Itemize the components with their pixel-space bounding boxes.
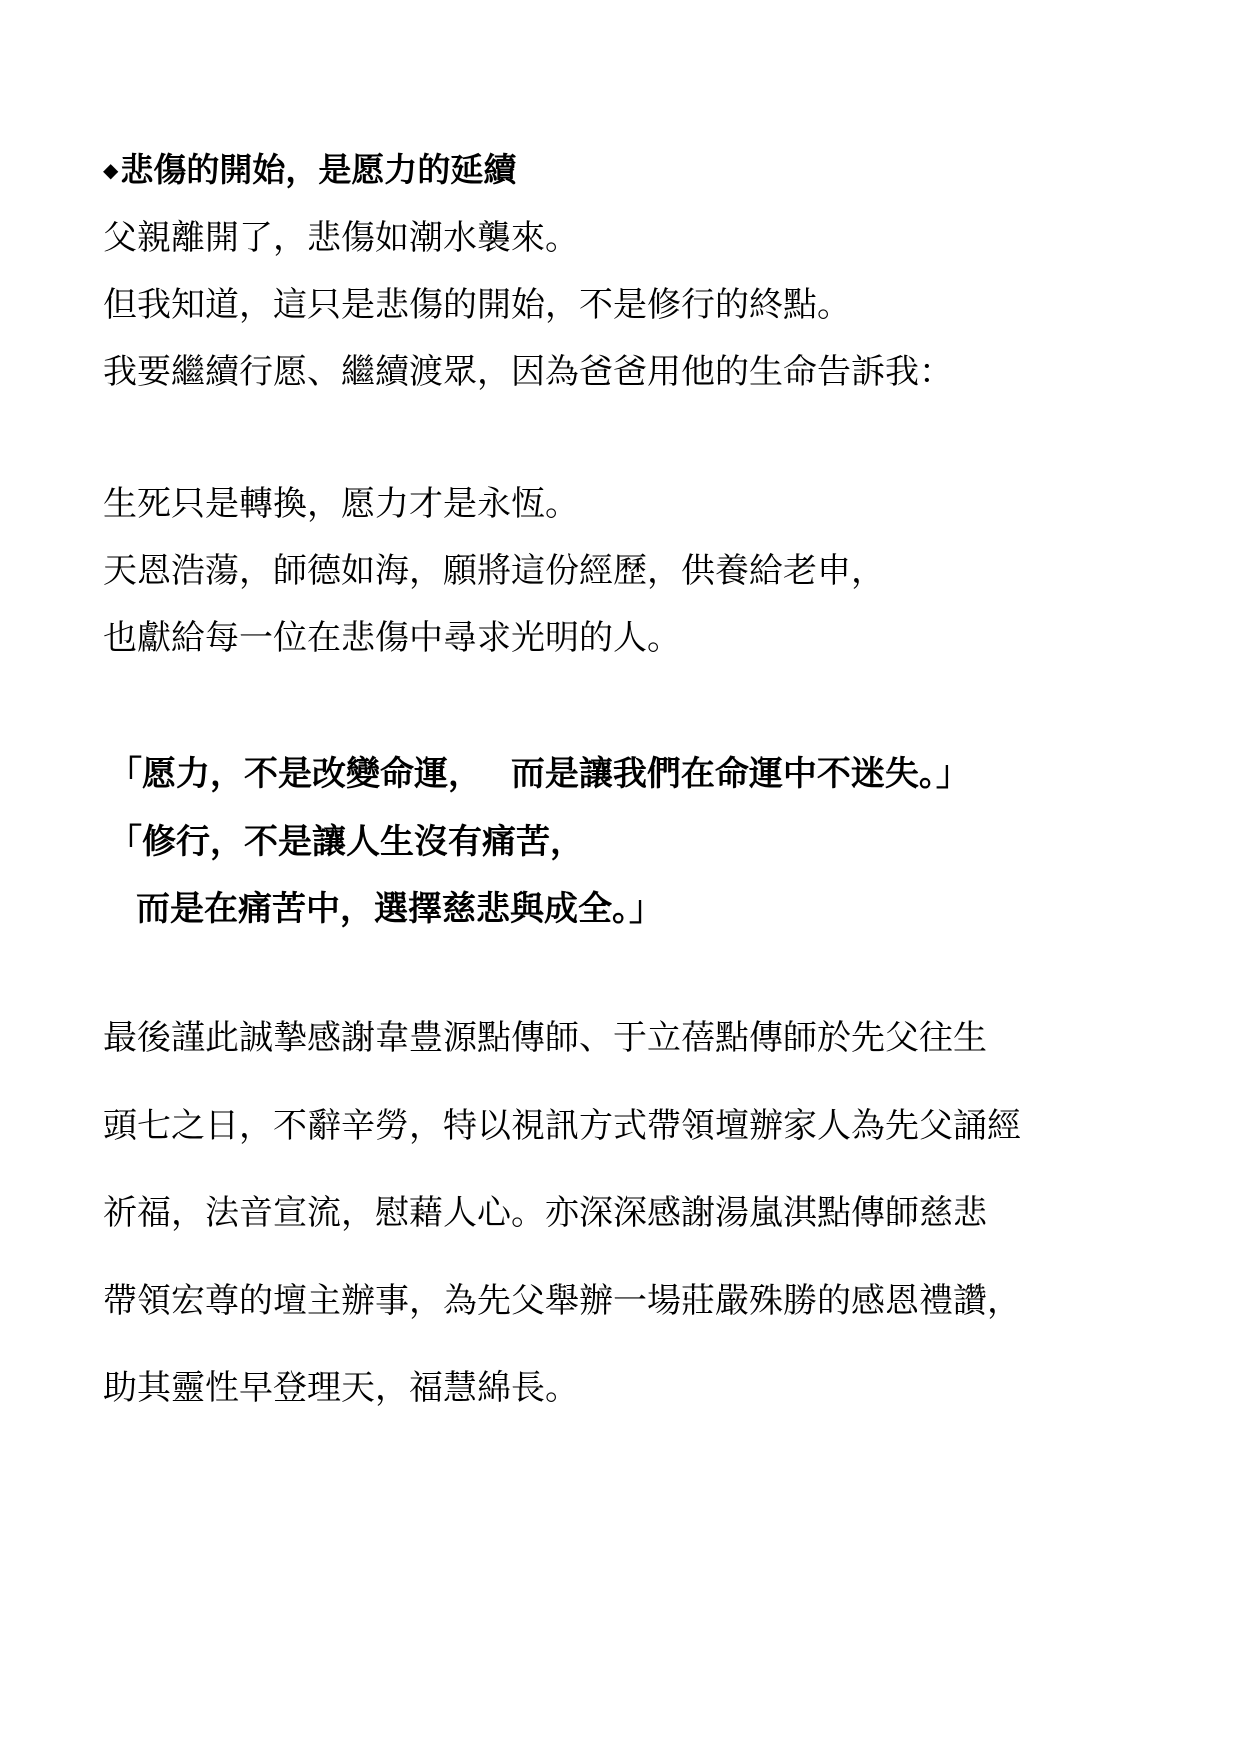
paragraph1-line-1: 父親離開了，悲傷如潮水襲來。 xyxy=(103,218,579,258)
paragraph3-line-3: 祈福，法音宣流，慰藉人心。亦深深感謝湯嵐淇點傳師慈悲 xyxy=(103,1193,987,1233)
paragraph1-line-3: 我要繼續行愿、繼續渡眾，因為爸爸用他的生命告訴我： xyxy=(103,352,953,392)
paragraph3-line-2: 頭七之日，不辭辛勞，特以視訊方式帶領壇辦家人為先父誦經 xyxy=(103,1106,1021,1146)
diamond-bullet-icon: ◆ xyxy=(103,158,118,182)
paragraph3-line-1: 最後謹此誠摯感謝韋豊源點傳師、于立蓓點傳師於先父往生 xyxy=(103,1018,987,1058)
paragraph2-line-2: 天恩浩蕩，師德如海，願將這份經歷，供養給老申， xyxy=(103,551,885,591)
paragraph1-line-2: 但我知道，這只是悲傷的開始，不是修行的終點。 xyxy=(103,285,851,325)
quote-2-line-1: 「修行，不是讓人生沒有痛苦， xyxy=(108,822,584,862)
quote-2-line-2: 而是在痛苦中，選擇慈悲與成全。」 xyxy=(136,889,663,929)
paragraph3-line-5: 助其靈性早登理天，福慧綿長。 xyxy=(103,1368,579,1408)
heading-title: 悲傷的開始，是愿力的延續 xyxy=(120,150,516,189)
paragraph3-line-4: 帶領宏尊的壇主辦事，為先父舉辦一場莊嚴殊勝的感恩禮讚， xyxy=(103,1281,1021,1321)
paragraph2-line-3: 也獻給每一位在悲傷中尋求光明的人。 xyxy=(103,618,681,658)
quote-1: 「愿力，不是改變命運， 而是讓我們在命運中不迷失。」 xyxy=(108,754,970,794)
paragraph2-line-1: 生死只是轉換，愿力才是永恆。 xyxy=(103,484,579,524)
section-heading: ◆悲傷的開始，是愿力的延續 xyxy=(103,150,516,190)
